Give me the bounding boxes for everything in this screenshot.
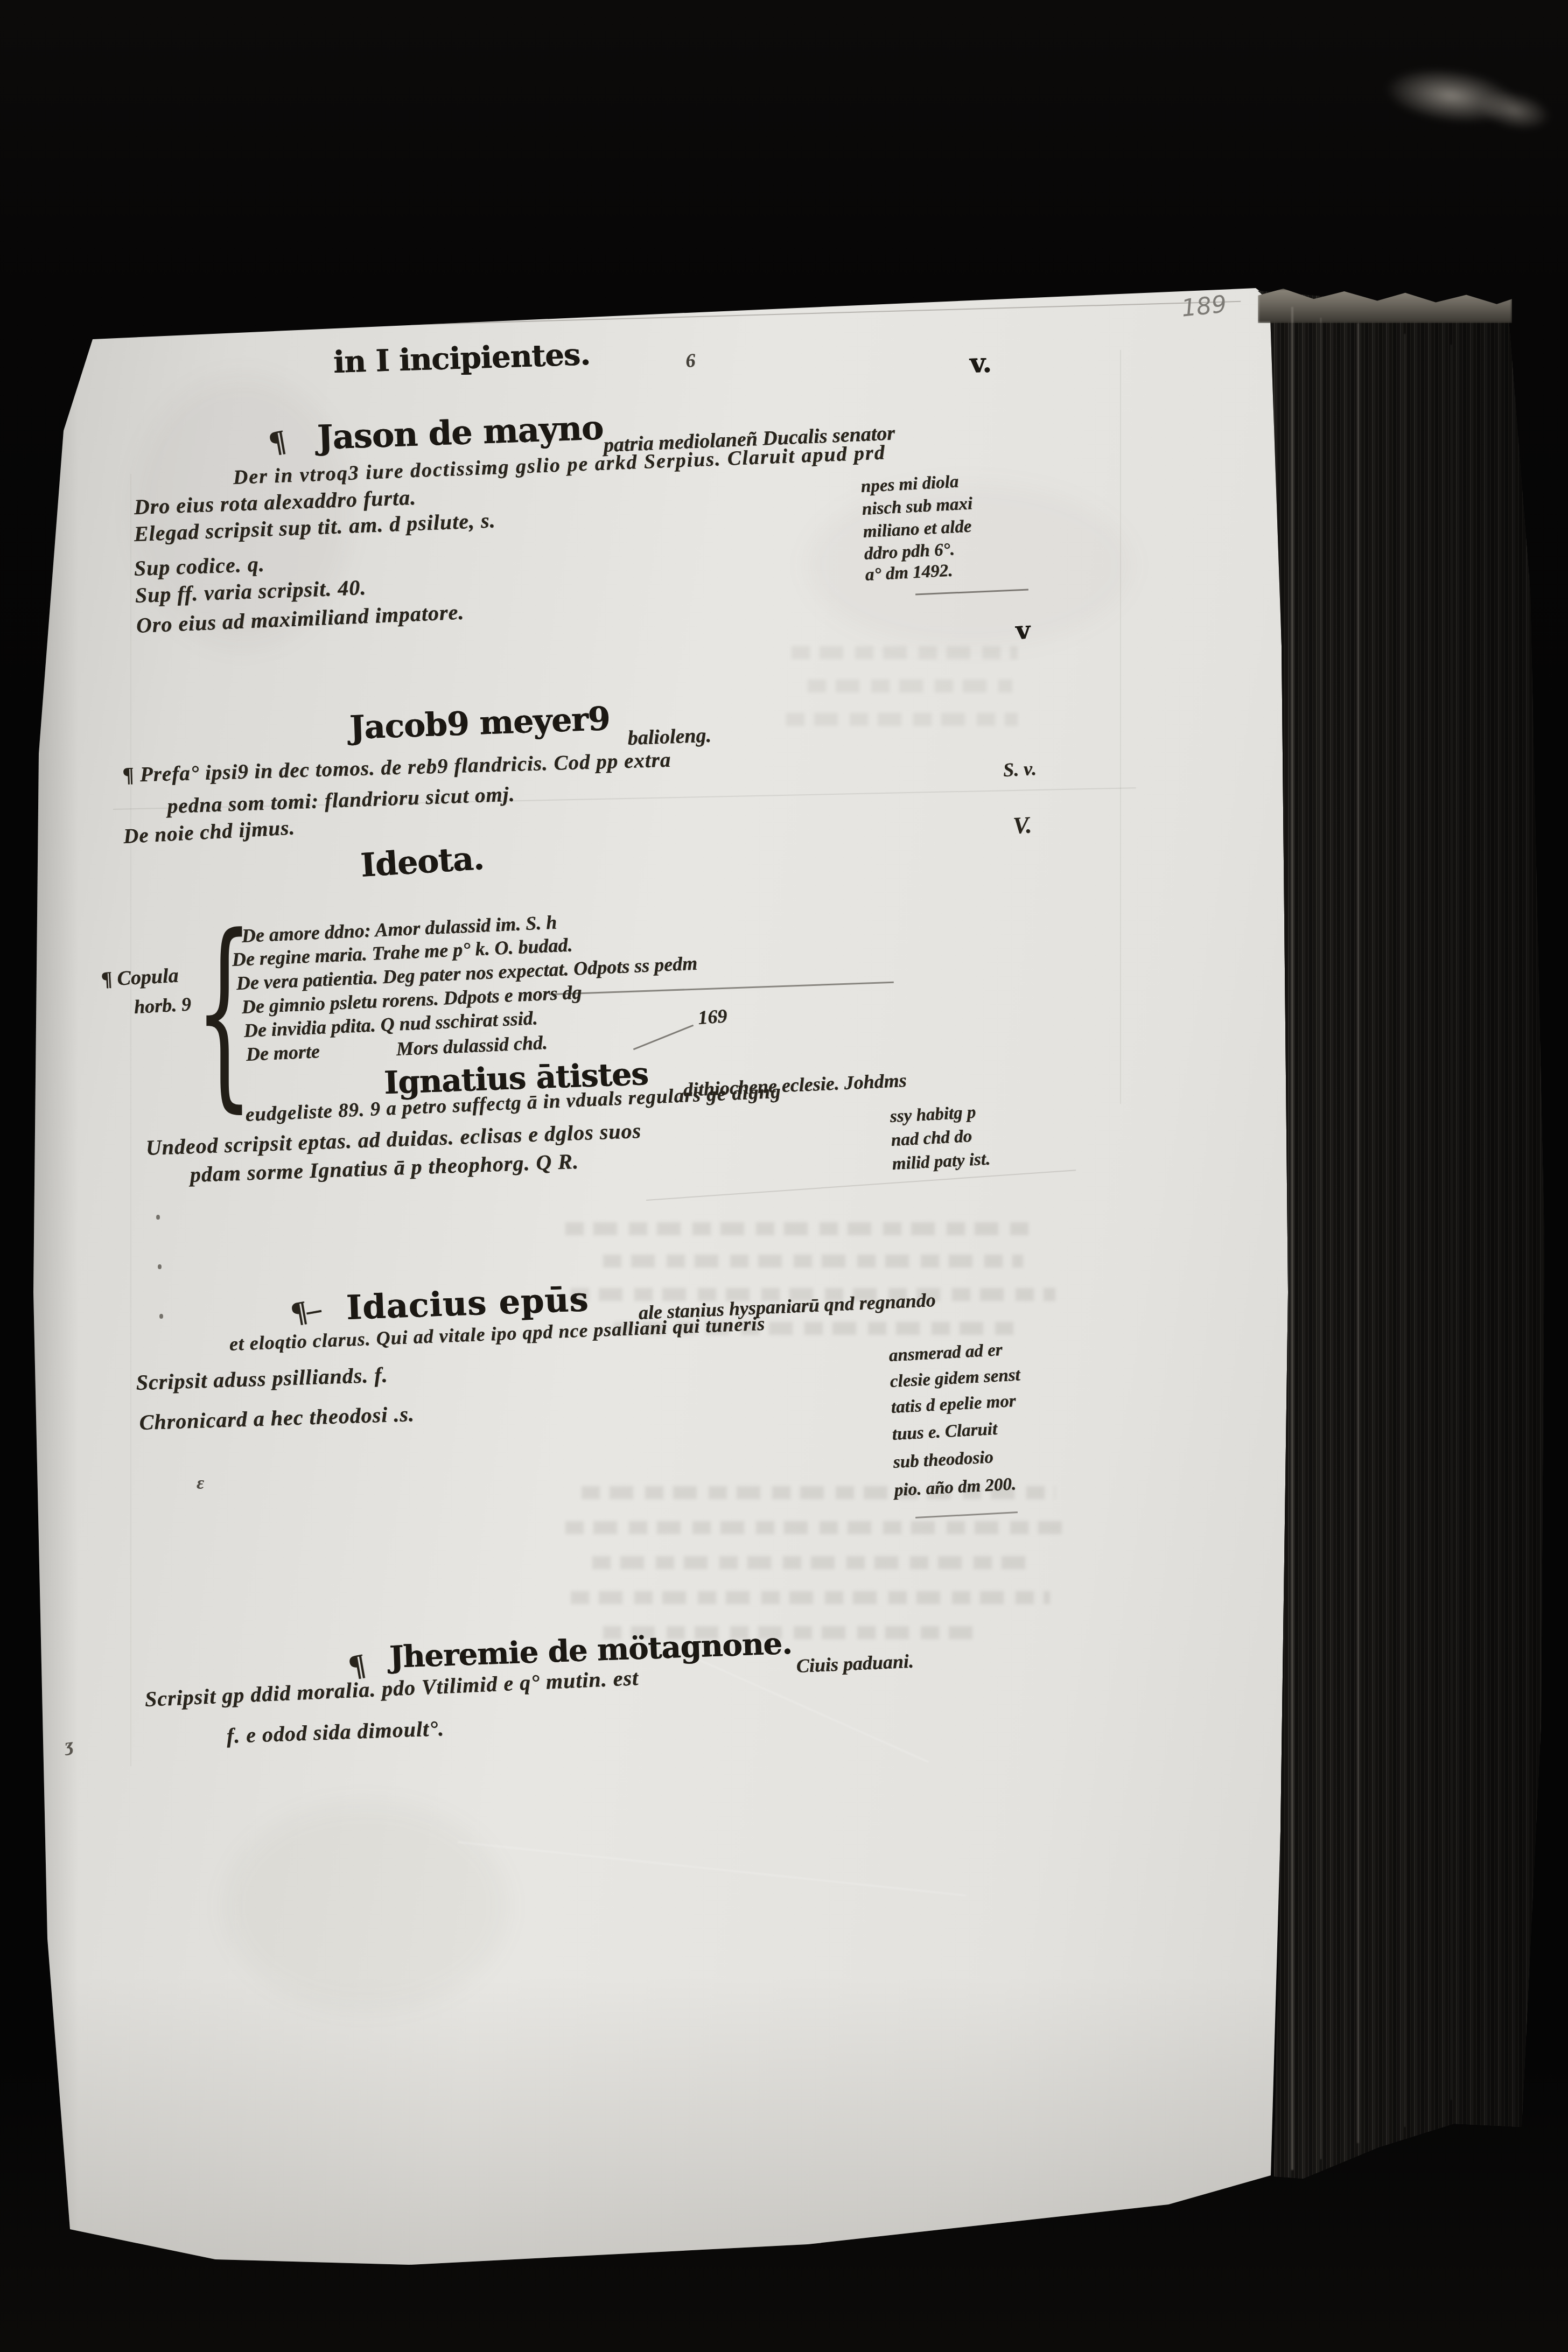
fore-edge-streak: [1320, 318, 1321, 2159]
ghost-text-line: [786, 713, 1018, 726]
fore-edge-top-pages: [1258, 289, 1512, 323]
margin-note-line: horb. 9: [134, 994, 192, 1016]
ghost-text-line: [571, 1591, 1050, 1604]
margin-note-line: ¶ Copula: [101, 965, 179, 990]
photo-of-manuscript: 189 in I incipientes. 6 v. ¶ Jason de ma…: [0, 0, 1568, 2352]
header-mark: 6: [685, 351, 696, 370]
header-column-letter: v.: [969, 349, 991, 377]
fore-edge-streak: [1357, 323, 1359, 2143]
ghost-text-line: [603, 1255, 1023, 1268]
margin-rule: [1120, 350, 1121, 1104]
fore-edge-streak: [1451, 345, 1452, 2100]
entry-heading-jacobus: Jacob9 meyer9: [349, 703, 610, 744]
entry-heading-note: Ciuis paduani.: [796, 1651, 914, 1675]
margin-letter: S. v.: [1003, 759, 1037, 780]
margin-letter: v: [1015, 618, 1030, 643]
text-line: Sup codice. q.: [134, 554, 265, 579]
paper-stain: [226, 1804, 506, 2008]
pilcrow-icon: ¶–: [290, 1294, 324, 1328]
ink-blot-mark: ɛ: [197, 1474, 204, 1493]
margin-note-line: nad chd do: [891, 1128, 972, 1150]
ghost-text-line: [792, 646, 1018, 659]
ghost-text-line: [808, 680, 1012, 692]
list-item: De morte: [246, 1041, 320, 1064]
margin-letter: V.: [1012, 813, 1032, 838]
ghost-text-line: [565, 1521, 1072, 1534]
ghost-text-line: [592, 1556, 1034, 1569]
margin-note-line: a° dm 1492.: [865, 562, 953, 584]
ink-dot: [159, 1314, 163, 1319]
ghost-text-line: [565, 1222, 1028, 1235]
ink-dot: [158, 1264, 162, 1269]
folio-number: 189: [1180, 292, 1228, 321]
running-header-title: in I incipientes.: [333, 339, 590, 377]
entry-heading-idacius: Idacius epūs: [346, 1283, 589, 1325]
ink-dot: [156, 1215, 160, 1220]
entry-heading-jason: Jason de mayno: [317, 411, 604, 454]
margin-note-line: ssy habitg p: [890, 1104, 976, 1126]
fore-edge-streak: [1291, 307, 1293, 2170]
list-item-number: 169: [697, 1006, 727, 1027]
fore-edge-streak: [1404, 334, 1405, 2127]
entry-heading-ideota: Ideota.: [360, 842, 485, 882]
entry-heading-note: balioleng.: [627, 725, 711, 748]
margin-rule: [130, 474, 131, 1766]
